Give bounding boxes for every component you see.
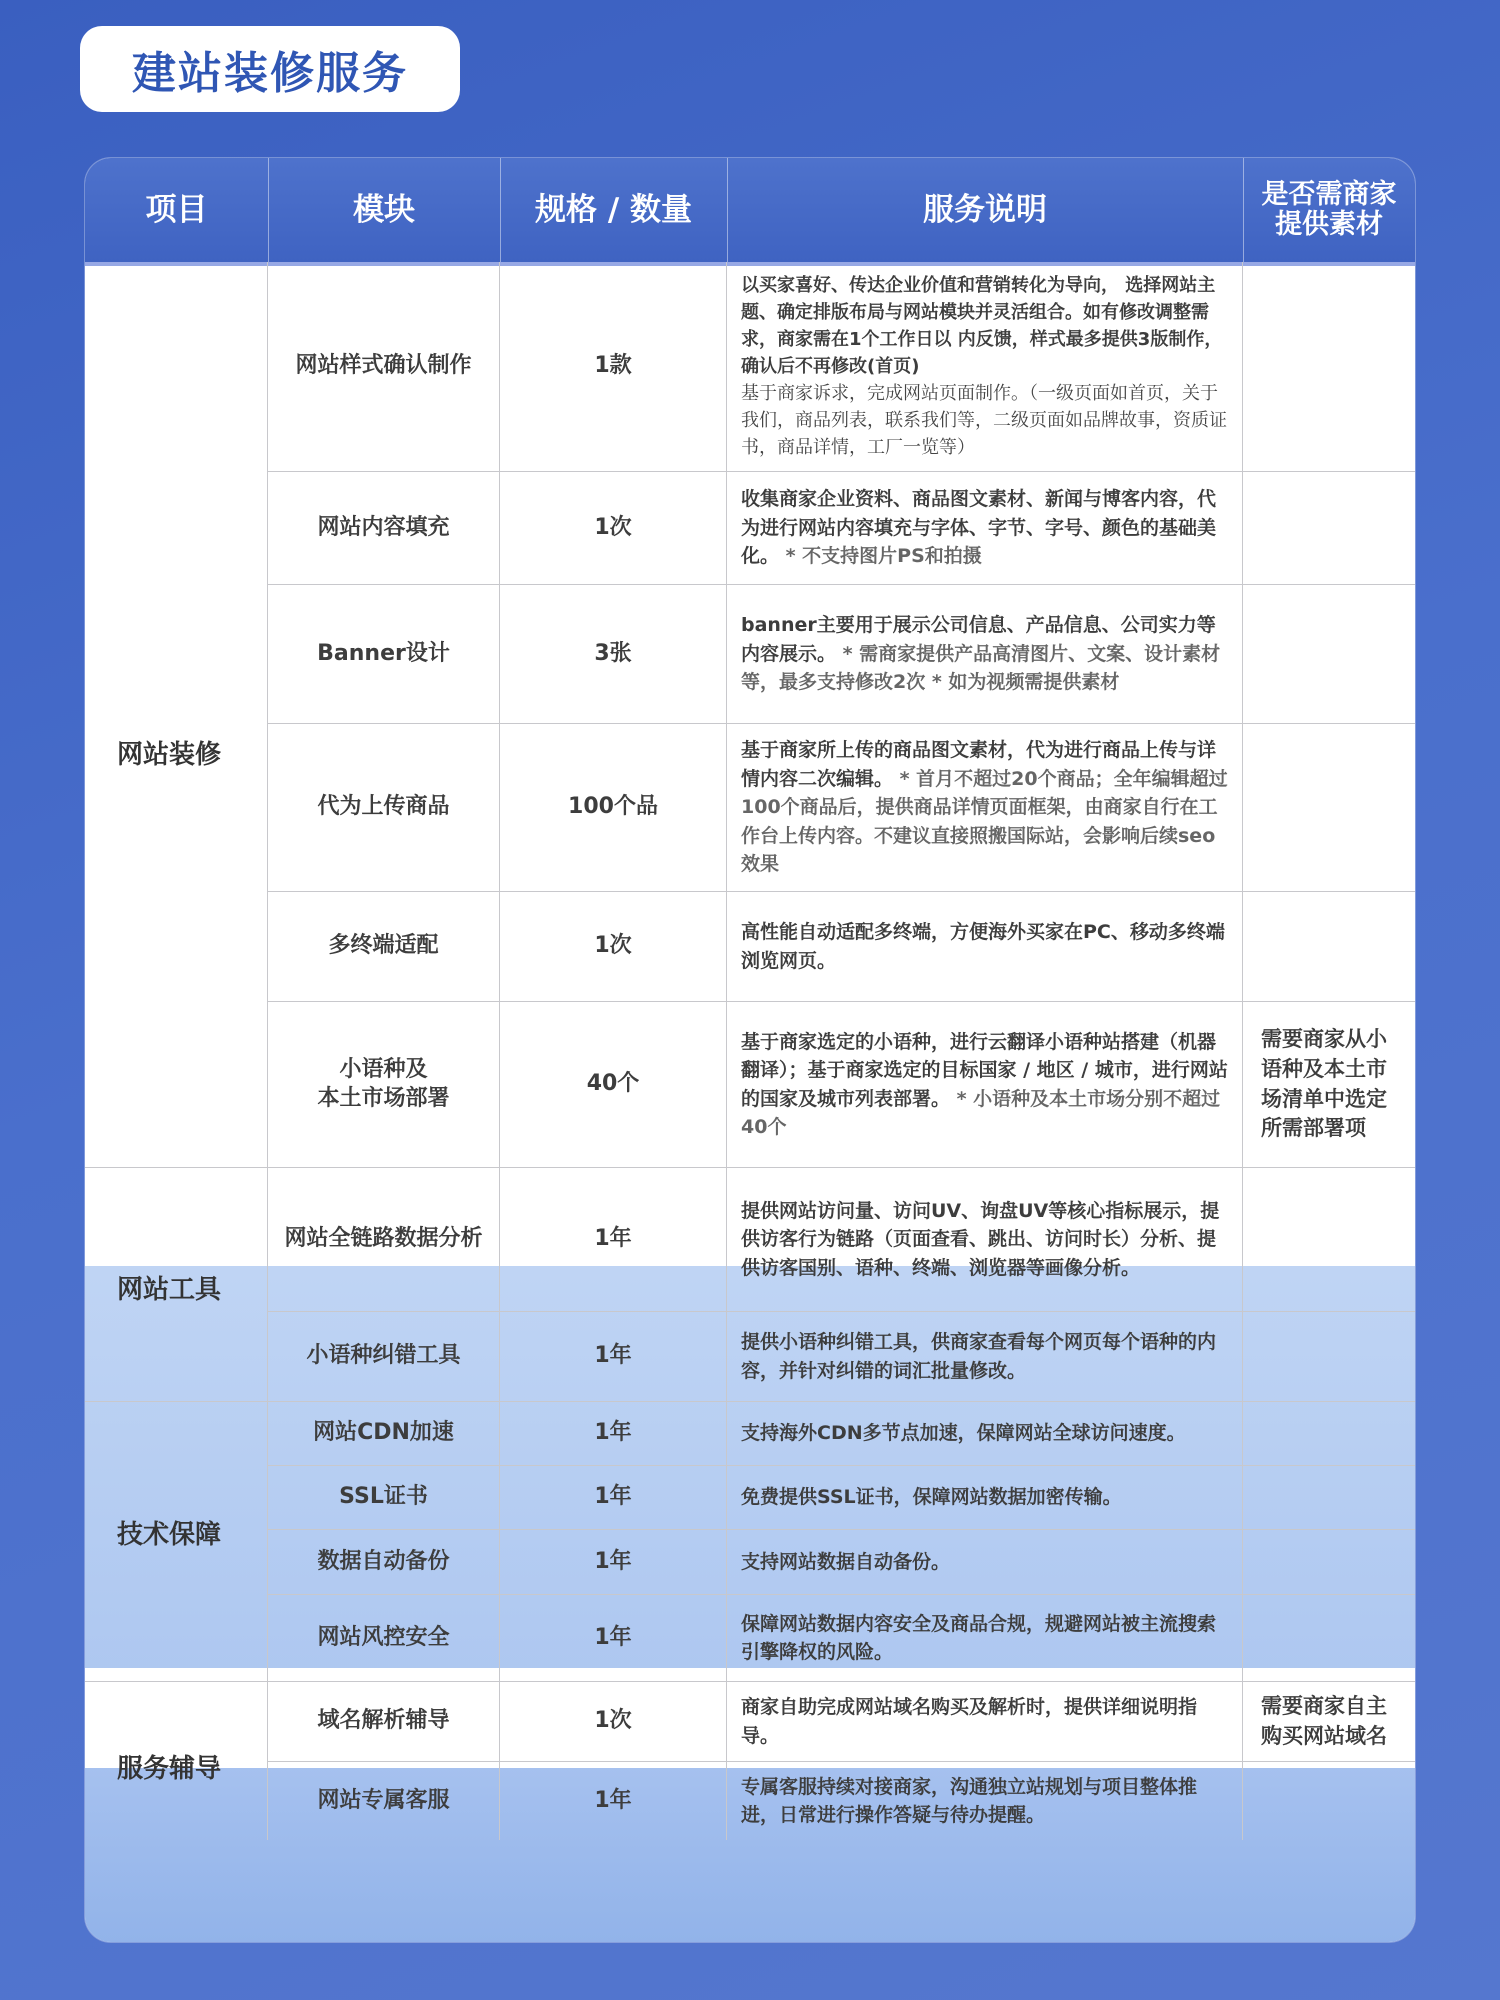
module-cell: 代为上传商品 [268,724,500,892]
service-table: 项目 模块 规格 / 数量 服务说明 是否需商家 提供素材 网站装修网站工具技术… [85,158,1415,1942]
page-title-badge: 建站装修服务 [80,26,460,112]
description-cell: 专属客服持续对接商家，沟通独立站规划与项目整体推进，日常进行操作答疑与待办提醒。 [727,1762,1243,1840]
supply-material-cell [1243,1466,1415,1530]
description-text: 以买家喜好、传达企业价值和营销转化为导向， 选择网站主题、确定排版布局与网站模块… [741,272,1230,461]
description-main: 保障网站数据内容安全及商品合规，规避网站被主流搜索引擎降权的风险。 [741,1613,1216,1664]
supply-material-cell [1243,585,1415,724]
spec-cell: 1年 [500,1402,727,1466]
group-label: 网站装修 [85,262,268,1168]
description-main: 商家自助完成网站域名购买及解析时，提供详细说明指导。 [741,1696,1197,1747]
spec-cell: 1款 [500,262,727,472]
supply-material-cell: 需要商家自主购买网站域名 [1243,1682,1415,1762]
description-cell: 支持海外CDN多节点加速，保障网站全球访问速度。 [727,1402,1243,1466]
spec-cell: 1年 [500,1595,727,1682]
description-text: banner主要用于展示公司信息、产品信息、公司实力等内容展示。 * 需商家提供… [741,611,1230,697]
description-text: 高性能自动适配多终端，方便海外买家在PC、移动多终端浏览网页。 [741,918,1230,975]
description-main: 专属客服持续对接商家，沟通独立站规划与项目整体推进，日常进行操作答疑与待办提醒。 [741,1776,1197,1827]
module-cell: 域名解析辅导 [268,1682,500,1762]
spec-cell: 1年 [500,1762,727,1840]
supply-material-cell: 需要商家从小语种及本土市场清单中选定所需部署项 [1243,1002,1415,1168]
module-cell: 小语种纠错工具 [268,1312,500,1402]
supply-material-cell [1243,1530,1415,1595]
description-cell: banner主要用于展示公司信息、产品信息、公司实力等内容展示。 * 需商家提供… [727,585,1243,724]
description-cell: 商家自助完成网站域名购买及解析时，提供详细说明指导。 [727,1682,1243,1762]
header-description: 服务说明 [727,158,1244,262]
description-main: 免费提供SSL证书，保障网站数据加密传输。 [741,1486,1122,1508]
module-cell: Banner设计 [268,585,500,724]
supply-material-cell [1243,1312,1415,1402]
module-cell: 数据自动备份 [268,1530,500,1595]
description-text: 免费提供SSL证书，保障网站数据加密传输。 [741,1483,1122,1512]
supply-material-cell [1243,1168,1415,1312]
module-cell: 网站CDN加速 [268,1402,500,1466]
description-main: 支持网站数据自动备份。 [741,1551,950,1573]
spec-cell: 1次 [500,472,727,585]
description-cell: 收集商家企业资料、商品图文素材、新闻与博客内容，代为进行网站内容填充与字体、字节… [727,472,1243,585]
supply-material-cell [1243,262,1415,472]
description-cell: 支持网站数据自动备份。 [727,1530,1243,1595]
header-module: 模块 [268,158,501,262]
header-supply-material: 是否需商家 提供素材 [1243,158,1415,262]
description-cell: 提供网站访问量、访问UV、询盘UV等核心指标展示，提供访客行为链路（页面查看、跳… [727,1168,1243,1312]
description-text: 保障网站数据内容安全及商品合规，规避网站被主流搜索引擎降权的风险。 [741,1610,1230,1667]
description-text: 基于商家选定的小语种，进行云翻译小语种站搭建（机器翻译）；基于商家选定的目标国家… [741,1028,1230,1142]
description-main: 以买家喜好、传达企业价值和营销转化为导向， 选择网站主题、确定排版布局与网站模块… [741,275,1222,377]
description-text: 支持海外CDN多节点加速，保障网站全球访问速度。 [741,1419,1186,1448]
description-note: 基于商家诉求，完成网站页面制作。（一级页面如首页，关于我们，商品列表，联系我们等… [741,380,1230,461]
page-title: 建站装修服务 [132,37,408,101]
description-cell: 免费提供SSL证书，保障网站数据加密传输。 [727,1466,1243,1530]
module-cell: 网站风控安全 [268,1595,500,1682]
description-cell: 保障网站数据内容安全及商品合规，规避网站被主流搜索引擎降权的风险。 [727,1595,1243,1682]
description-text: 支持网站数据自动备份。 [741,1548,950,1577]
supply-material-cell [1243,1762,1415,1840]
description-text: 提供网站访问量、访问UV、询盘UV等核心指标展示，提供访客行为链路（页面查看、跳… [741,1197,1230,1283]
module-cell: SSL证书 [268,1466,500,1530]
description-main: 高性能自动适配多终端，方便海外买家在PC、移动多终端浏览网页。 [741,921,1225,972]
spec-cell: 1次 [500,892,727,1002]
supply-material-cell [1243,892,1415,1002]
description-text: 提供小语种纠错工具，供商家查看每个网页每个语种的内容，并针对纠错的词汇批量修改。 [741,1328,1230,1385]
supply-material-cell [1243,472,1415,585]
description-text: 专属客服持续对接商家，沟通独立站规划与项目整体推进，日常进行操作答疑与待办提醒。 [741,1773,1230,1830]
module-cell: 小语种及 本土市场部署 [268,1002,500,1168]
supply-material-cell [1243,1595,1415,1682]
description-note: * 不支持图片PS和拍摄 [779,545,982,567]
module-cell: 网站样式确认制作 [268,262,500,472]
spec-cell: 1年 [500,1312,727,1402]
module-cell: 多终端适配 [268,892,500,1002]
description-main: 提供网站访问量、访问UV、询盘UV等核心指标展示，提供访客行为链路（页面查看、跳… [741,1200,1219,1279]
header-project: 项目 [85,158,269,262]
spec-cell: 40个 [500,1002,727,1168]
description-cell: 基于商家所上传的商品图文素材，代为进行商品上传与详情内容二次编辑。 * 首月不超… [727,724,1243,892]
description-text: 基于商家所上传的商品图文素材，代为进行商品上传与详情内容二次编辑。 * 首月不超… [741,736,1230,879]
description-main: 支持海外CDN多节点加速，保障网站全球访问速度。 [741,1422,1186,1444]
spec-cell: 1年 [500,1168,727,1312]
spec-cell: 1年 [500,1466,727,1530]
group-label: 服务辅导 [85,1682,268,1840]
description-main: 提供小语种纠错工具，供商家查看每个网页每个语种的内容，并针对纠错的词汇批量修改。 [741,1331,1216,1382]
module-cell: 网站内容填充 [268,472,500,585]
description-cell: 提供小语种纠错工具，供商家查看每个网页每个语种的内容，并针对纠错的词汇批量修改。 [727,1312,1243,1402]
description-cell: 以买家喜好、传达企业价值和营销转化为导向， 选择网站主题、确定排版布局与网站模块… [727,262,1243,472]
module-cell: 网站专属客服 [268,1762,500,1840]
spec-cell: 1次 [500,1682,727,1762]
supply-material-cell [1243,724,1415,892]
description-cell: 基于商家选定的小语种，进行云翻译小语种站搭建（机器翻译）；基于商家选定的目标国家… [727,1002,1243,1168]
spec-cell: 1年 [500,1530,727,1595]
header-spec: 规格 / 数量 [500,158,728,262]
spec-cell: 3张 [500,585,727,724]
description-cell: 高性能自动适配多终端，方便海外买家在PC、移动多终端浏览网页。 [727,892,1243,1002]
module-cell: 网站全链路数据分析 [268,1168,500,1312]
group-label: 技术保障 [85,1402,268,1682]
description-text: 商家自助完成网站域名购买及解析时，提供详细说明指导。 [741,1693,1230,1750]
supply-material-cell [1243,1402,1415,1466]
spec-cell: 100个品 [500,724,727,892]
table-header: 项目 模块 规格 / 数量 服务说明 是否需商家 提供素材 [85,158,1415,266]
description-text: 收集商家企业资料、商品图文素材、新闻与博客内容，代为进行网站内容填充与字体、字节… [741,485,1230,571]
group-label: 网站工具 [85,1168,268,1402]
